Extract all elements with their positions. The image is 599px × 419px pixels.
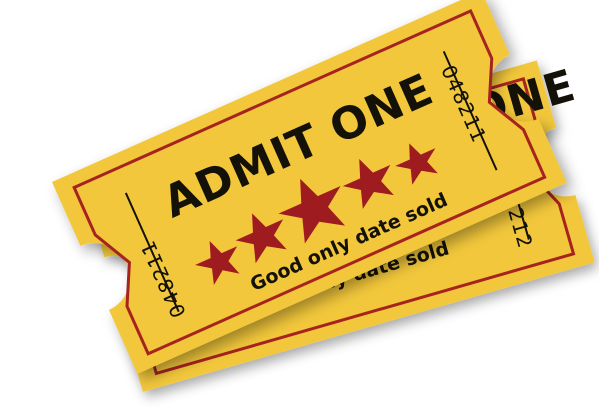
ticket-photo: ADMIT ONE Good only date sold 048212 ADM… [0, 0, 599, 419]
